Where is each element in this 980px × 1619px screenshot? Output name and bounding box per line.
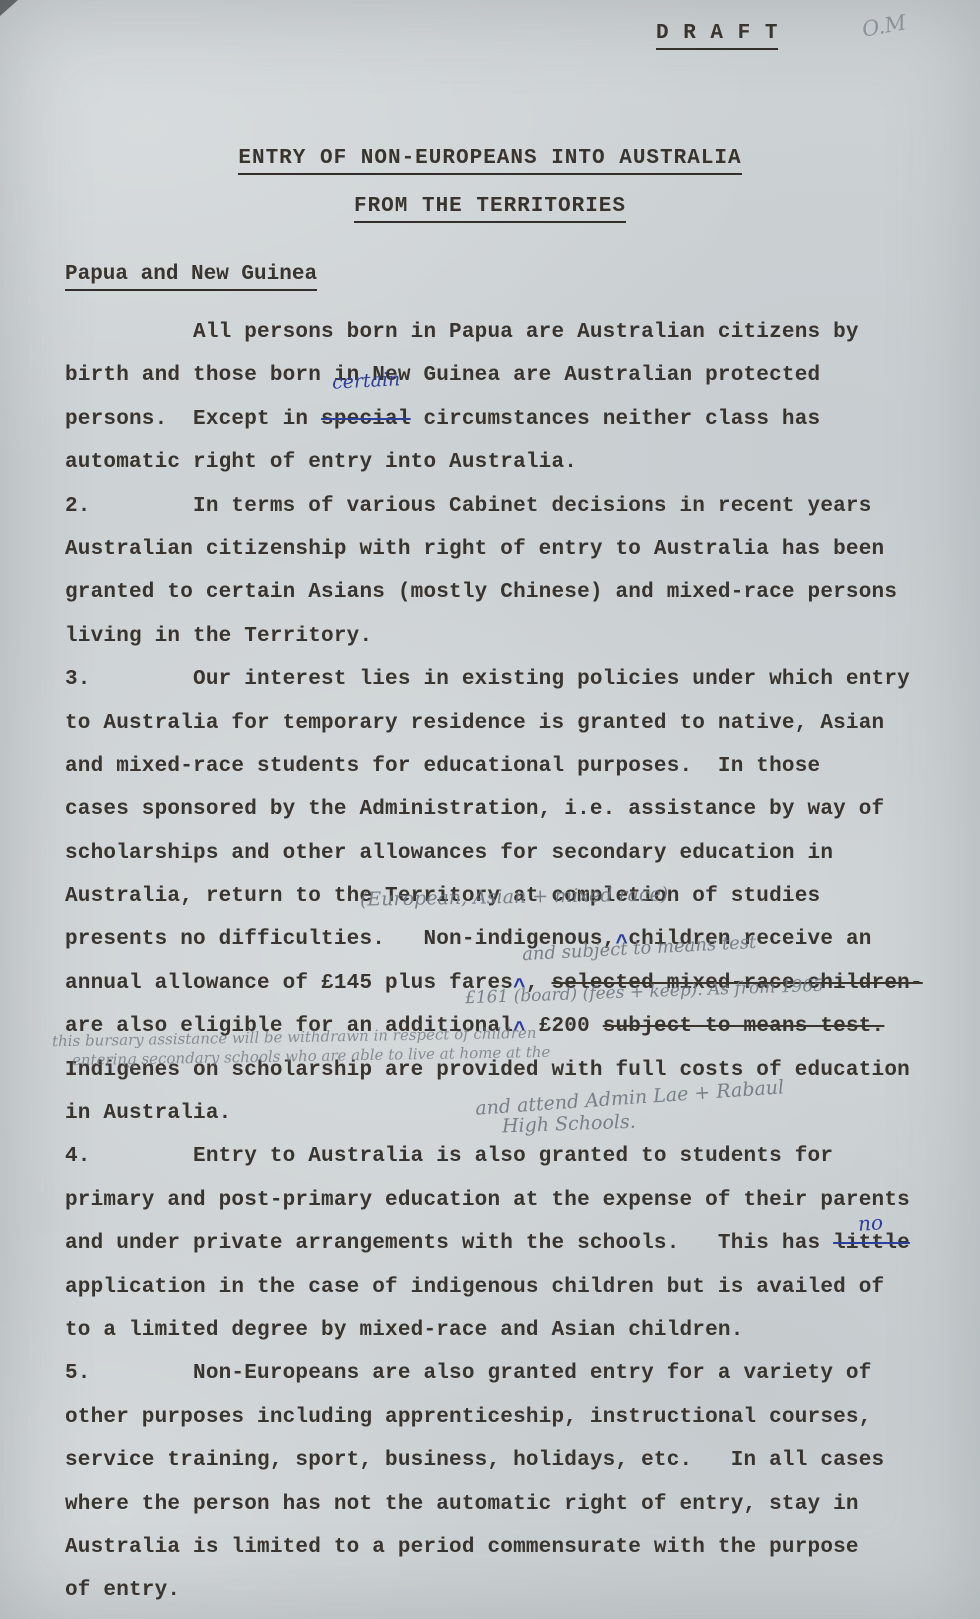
typed-line: other purposes including apprenticeship,… xyxy=(65,1396,970,1439)
typed-line: to Australia for temporary residence is … xyxy=(65,702,970,745)
typed-line: and mixed-race students for educational … xyxy=(65,745,970,788)
typed-line: All persons born in Papua are Australian… xyxy=(65,311,970,354)
draft-label: D R A F T xyxy=(656,22,778,45)
document-title-line-1: ENTRY OF NON-EUROPEANS INTO AUSTRALIA xyxy=(238,147,741,175)
typed-text: £200 xyxy=(526,1015,603,1038)
typed-line: Australia is limited to a period commens… xyxy=(65,1526,970,1569)
typed-line: living in the Territory. xyxy=(65,615,970,658)
handwritten-corner-initials: O.M xyxy=(860,10,908,41)
typed-text: annual allowance of £145 plus fares xyxy=(65,972,513,995)
typed-text: circumstances neither class has xyxy=(411,408,821,431)
typed-text: and under private arrangements with the … xyxy=(65,1232,833,1255)
document-title-line-2: FROM THE TERRITORIES xyxy=(354,195,626,223)
typed-line: automatic right of entry into Australia. xyxy=(65,441,970,484)
typed-line: persons. Except in special circumstances… xyxy=(65,398,970,441)
typed-line: to a limited degree by mixed-race and As… xyxy=(65,1309,970,1352)
handwritten-insert-certain: certain xyxy=(331,368,400,394)
document-body: All persons born in Papua are Australian… xyxy=(65,311,970,1613)
typed-line: and under private arrangements with the … xyxy=(65,1222,970,1265)
typed-line: birth and those born in New Guinea are A… xyxy=(65,354,970,397)
typed-line: 5. Non-Europeans are also granted entry … xyxy=(65,1352,970,1395)
typed-line: primary and post-primary education at th… xyxy=(65,1179,970,1222)
typed-line: where the person has not the automatic r… xyxy=(65,1483,970,1526)
handwritten-schools-note-line-2: High Schools. xyxy=(502,1111,636,1138)
struck-word-little: little xyxy=(833,1232,910,1255)
scan-corner-artifact xyxy=(0,0,18,16)
typed-line: Australian citizenship with right of ent… xyxy=(65,528,970,571)
typed-line: presents no difficulties. Non-indigenous… xyxy=(65,918,970,961)
struck-word-special: special xyxy=(321,408,411,431)
section-heading-text: Papua and New Guinea xyxy=(65,263,317,291)
typed-line: granted to certain Asians (mostly Chines… xyxy=(65,571,970,614)
typed-line: 4. Entry to Australia is also granted to… xyxy=(65,1135,970,1178)
document-page: D R A F T O.M ENTRY OF NON-EUROPEANS INT… xyxy=(0,0,980,1619)
title-gap xyxy=(0,175,980,195)
typed-text: persons. Except in xyxy=(65,408,321,431)
typed-line: service training, sport, business, holid… xyxy=(65,1439,970,1482)
struck-phrase-means-test: subject to means test. xyxy=(603,1015,885,1038)
section-heading: Papua and New Guinea xyxy=(65,263,317,286)
draft-label-text: D R A F T xyxy=(656,22,778,50)
typed-line: 3. Our interest lies in existing policie… xyxy=(65,658,970,701)
typed-line: cases sponsored by the Administration, i… xyxy=(65,788,970,831)
typed-line: scholarships and other allowances for se… xyxy=(65,832,970,875)
typed-line: of entry. xyxy=(65,1569,970,1612)
typed-line: application in the case of indigenous ch… xyxy=(65,1266,970,1309)
handwritten-insert-no: no xyxy=(857,1210,884,1236)
typed-line: 2. In terms of various Cabinet decisions… xyxy=(65,485,970,528)
document-title: ENTRY OF NON-EUROPEANS INTO AUSTRALIA FR… xyxy=(0,147,980,223)
